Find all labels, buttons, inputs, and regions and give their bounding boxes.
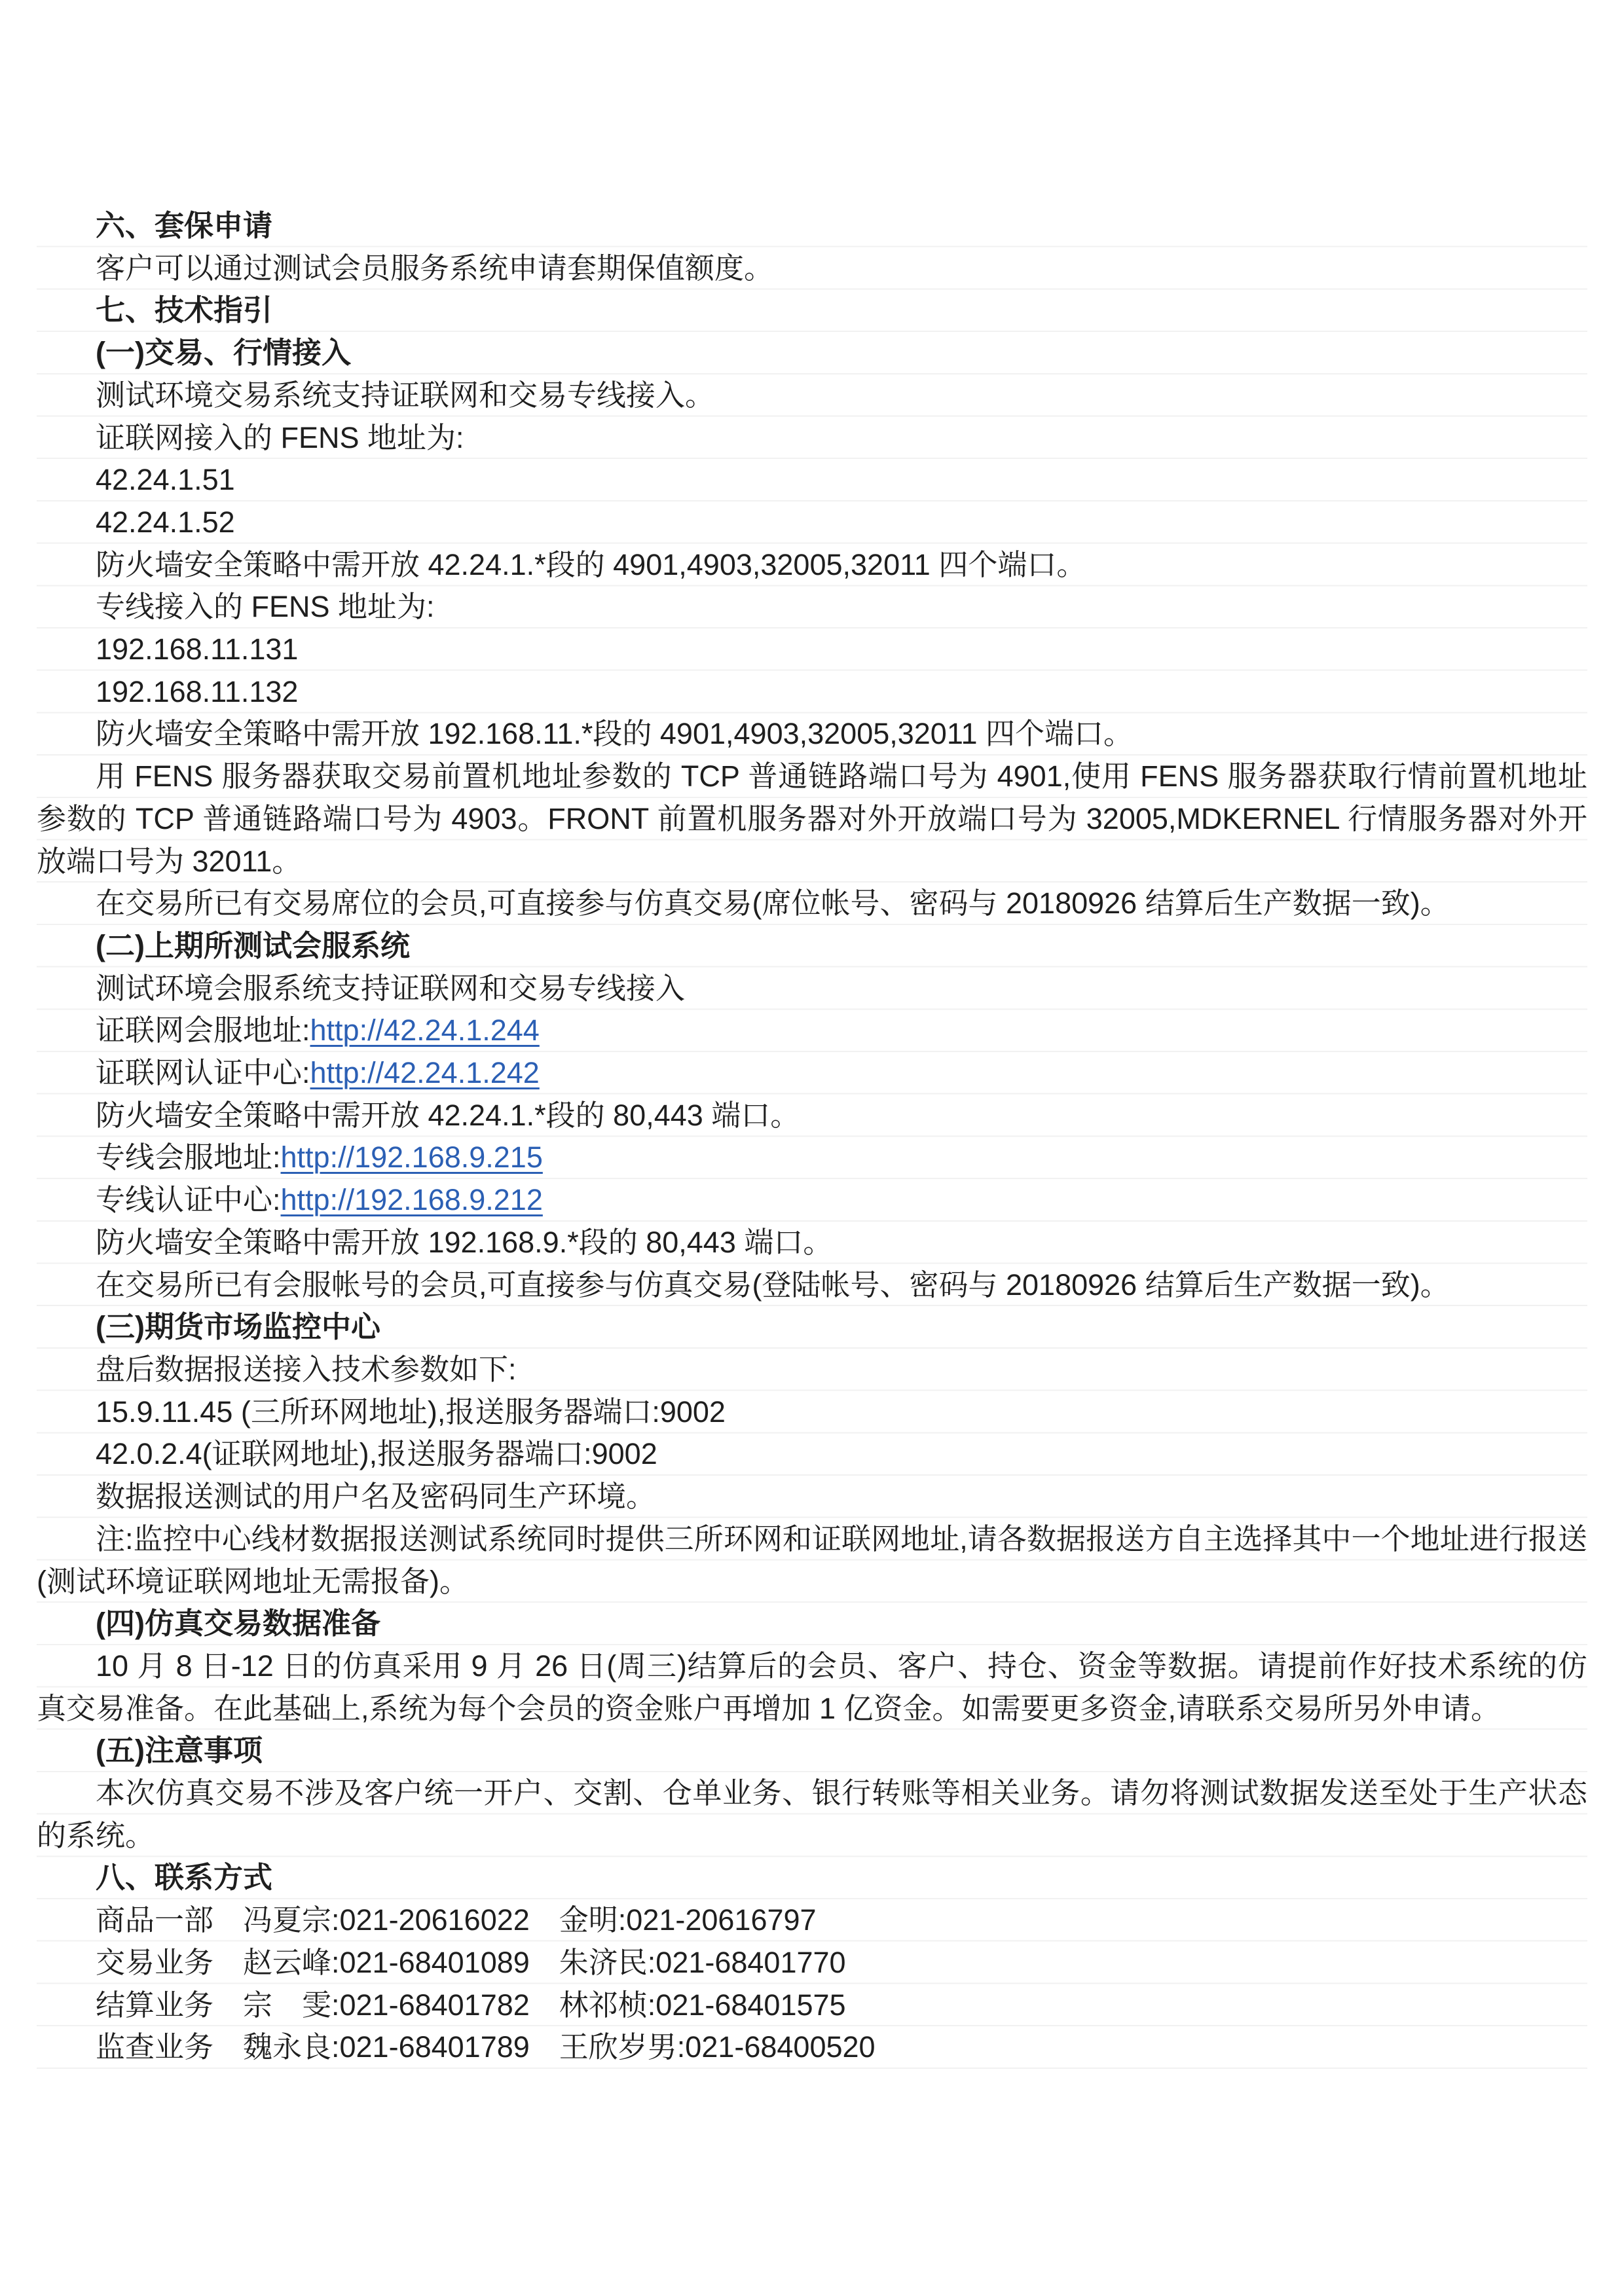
paragraph: 商品一部 冯夏宗:021-20616022 金明:021-20616797 [37,1899,1587,1942]
document-body: 六、套保申请客户可以通过测试会员服务系统申请套期保值额度。七、技术指引(一)交易… [37,205,1587,2069]
paragraph: 测试环境交易系统支持证联网和交易专线接入。 [37,374,1587,417]
hyperlink[interactable]: http://42.24.1.242 [310,1056,540,1089]
paragraph: 测试环境会服系统支持证联网和交易专线接入 [37,968,1587,1010]
paragraph: 防火墙安全策略中需开放 192.168.9.*段的 80,443 端口。 [37,1222,1587,1264]
link-line: 专线认证中心:http://192.168.9.212 [37,1179,1587,1222]
paragraph: 数据报送测试的用户名及密码同生产环境。 [37,1476,1587,1518]
link-label: 证联网认证中心: [96,1056,310,1089]
section-heading: (五)注意事项 [37,1730,1587,1772]
section-heading: 七、技术指引 [37,289,1587,332]
link-label: 证联网会服地址: [96,1013,310,1047]
paragraph: 本次仿真交易不涉及客户统一开户、交割、仓单业务、银行转账等相关业务。请勿将测试数… [37,1772,1587,1857]
paragraph: 盘后数据报送接入技术参数如下: [37,1349,1587,1391]
paragraph: 证联网接入的 FENS 地址为: [37,417,1587,460]
paragraph: 交易业务 赵云峰:021-68401089 朱济民:021-68401770 [37,1942,1587,1984]
paragraph: 15.9.11.45 (三所环网地址),报送服务器端口:9002 [37,1391,1587,1434]
section-heading: (一)交易、行情接入 [37,332,1587,374]
section-heading: 八、联系方式 [37,1857,1587,1899]
paragraph: 监查业务 魏永良:021-68401789 王欣岁男:021-68400520 [37,2026,1587,2069]
paragraph: 192.168.11.132 [37,671,1587,714]
paragraph: 用 FENS 服务器获取交易前置机地址参数的 TCP 普通链路端口号为 4901… [37,756,1587,883]
link-line: 证联网认证中心:http://42.24.1.242 [37,1052,1587,1095]
paragraph: 防火墙安全策略中需开放 42.24.1.*段的 4901,4903,32005,… [37,544,1587,587]
link-line: 证联网会服地址:http://42.24.1.244 [37,1010,1587,1052]
paragraph: 注:监控中心线材数据报送测试系统同时提供三所环网和证联网地址,请各数据报送方自主… [37,1518,1587,1603]
paragraph: 防火墙安全策略中需开放 42.24.1.*段的 80,443 端口。 [37,1095,1587,1137]
paragraph: 结算业务 宗 雯:021-68401782 林祁桢:021-68401575 [37,1984,1587,2027]
paragraph: 专线接入的 FENS 地址为: [37,586,1587,629]
link-label: 专线会服地址: [96,1140,281,1174]
link-label: 专线认证中心: [96,1183,281,1216]
paragraph: 10 月 8 日-12 日的仿真采用 9 月 26 日(周三)结算后的会员、客户… [37,1645,1587,1730]
paragraph: 42.0.2.4(证联网地址),报送服务器端口:9002 [37,1433,1587,1476]
hyperlink[interactable]: http://192.168.9.212 [281,1183,543,1216]
document-page: 六、套保申请客户可以通过测试会员服务系统申请套期保值额度。七、技术指引(一)交易… [0,0,1624,2296]
paragraph: 在交易所已有交易席位的会员,可直接参与仿真交易(席位帐号、密码与 2018092… [37,883,1587,925]
paragraph: 42.24.1.51 [37,459,1587,501]
paragraph: 42.24.1.52 [37,501,1587,544]
paragraph: 客户可以通过测试会员服务系统申请套期保值额度。 [37,247,1587,290]
section-heading: 六、套保申请 [37,205,1587,247]
hyperlink[interactable]: http://42.24.1.244 [310,1013,540,1047]
section-heading: (四)仿真交易数据准备 [37,1603,1587,1645]
hyperlink[interactable]: http://192.168.9.215 [281,1140,543,1174]
link-line: 专线会服地址:http://192.168.9.215 [37,1137,1587,1179]
paragraph: 192.168.11.131 [37,629,1587,671]
section-heading: (三)期货市场监控中心 [37,1306,1587,1349]
section-heading: (二)上期所测试会服系统 [37,925,1587,968]
paragraph: 防火墙安全策略中需开放 192.168.11.*段的 4901,4903,320… [37,713,1587,756]
paragraph: 在交易所已有会服帐号的会员,可直接参与仿真交易(登陆帐号、密码与 2018092… [37,1264,1587,1307]
